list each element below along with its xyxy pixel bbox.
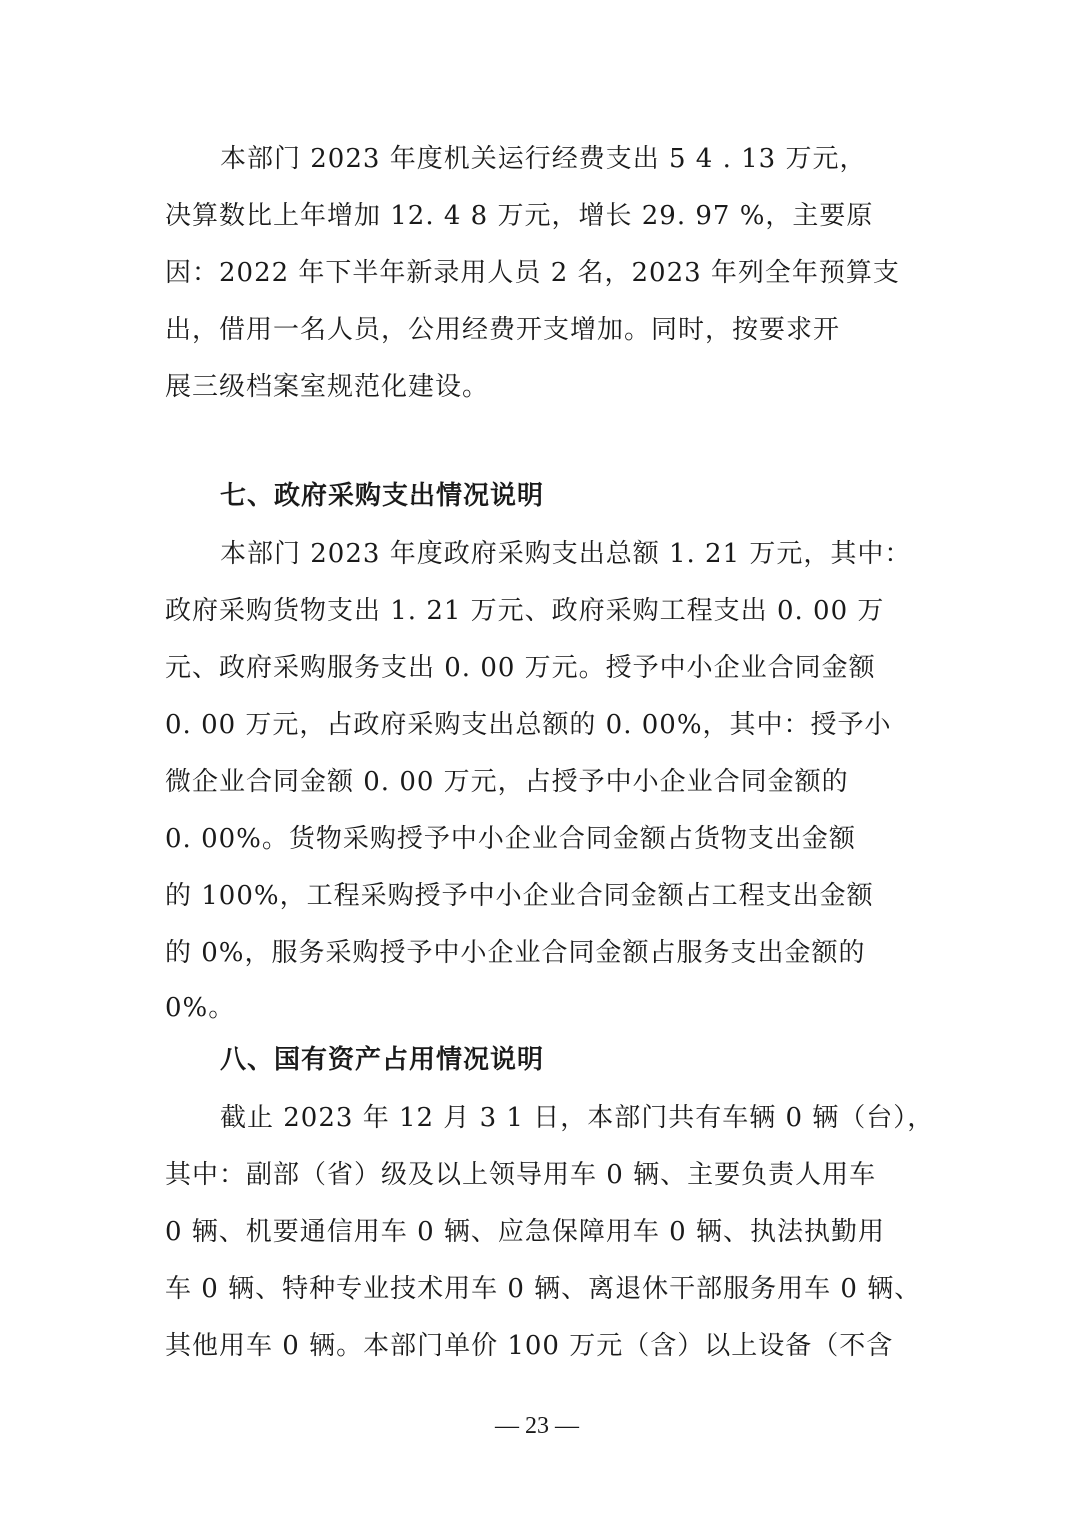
page-number: — 23 — bbox=[0, 1413, 1074, 1440]
document-page: 本部门 2023 年度机关运行经费支出 5 4 . 13 万元， 决算数比上年增… bbox=[0, 0, 1074, 1520]
text-line: 因：2022 年下半年新录用人员 2 名，2023 年列全年预算支 bbox=[165, 256, 915, 290]
text-line: 决算数比上年增加 12. 4 8 万元，增长 29. 97 %，主要原 bbox=[165, 199, 915, 233]
text-line: 其他用车 0 辆。本部门单价 100 万元（含）以上设备（不含 bbox=[165, 1329, 915, 1363]
text-line: 元、政府采购服务支出 0. 00 万元。授予中小企业合同金额 bbox=[165, 651, 915, 685]
text-line: 截止 2023 年 12 月 3 1 日，本部门共有车辆 0 辆（台）， bbox=[220, 1101, 915, 1135]
text-line: 政府采购货物支出 1. 21 万元、政府采购工程支出 0. 00 万 bbox=[165, 594, 915, 628]
text-line: 0 辆、机要通信用车 0 辆、应急保障用车 0 辆、执法执勤用 bbox=[165, 1215, 915, 1249]
text-line: 本部门 2023 年度机关运行经费支出 5 4 . 13 万元， bbox=[220, 142, 915, 176]
text-line: 出，借用一名人员，公用经费开支增加。同时，按要求开 bbox=[165, 313, 915, 347]
text-line: 展三级档案室规范化建设。 bbox=[165, 370, 915, 404]
text-line: 微企业合同金额 0. 00 万元，占授予中小企业合同金额的 bbox=[165, 765, 915, 799]
text-line: 车 0 辆、特种专业技术用车 0 辆、离退休干部服务用车 0 辆、 bbox=[165, 1272, 915, 1306]
section-heading: 七、政府采购支出情况说明 bbox=[220, 479, 915, 513]
text-line: 的 100%，工程采购授予中小企业合同金额占工程支出金额 bbox=[165, 879, 915, 913]
text-line: 0. 00 万元，占政府采购支出总额的 0. 00%，其中：授予小 bbox=[165, 708, 915, 742]
text-line: 的 0%，服务采购授予中小企业合同金额占服务支出金额的 bbox=[165, 936, 915, 970]
section-heading: 八、国有资产占用情况说明 bbox=[220, 1043, 915, 1077]
text-line: 0. 00%。货物采购授予中小企业合同金额占货物支出金额 bbox=[165, 822, 915, 856]
text-line: 0%。 bbox=[165, 991, 915, 1025]
text-line: 本部门 2023 年度政府采购支出总额 1. 21 万元，其中： bbox=[220, 537, 915, 571]
text-line: 其中：副部（省）级及以上领导用车 0 辆、主要负责人用车 bbox=[165, 1158, 915, 1192]
